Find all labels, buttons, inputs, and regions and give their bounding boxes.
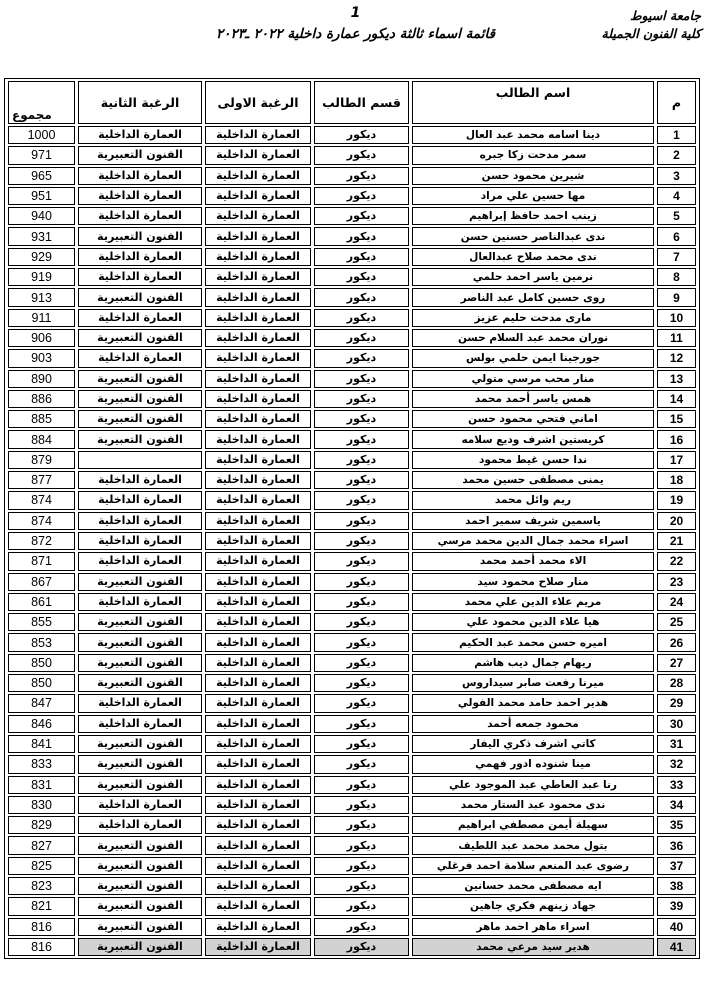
cell-total: 850 xyxy=(8,674,75,692)
cell-first-choice: العمارة الداخلية xyxy=(205,491,311,509)
table-row: 40اسراء ماهر احمد ماهرديكورالعمارة الداخ… xyxy=(8,918,696,936)
cell-first-choice: العمارة الداخلية xyxy=(205,512,311,530)
cell-department: ديكور xyxy=(314,857,409,875)
cell-index: 32 xyxy=(657,755,696,773)
cell-first-choice: العمارة الداخلية xyxy=(205,207,311,225)
cell-department: ديكور xyxy=(314,938,409,956)
cell-department: ديكور xyxy=(314,410,409,428)
cell-name: همس ياسر أحمد محمد xyxy=(412,390,654,408)
cell-second-choice: الفنون التعبيرية xyxy=(78,776,202,794)
cell-index: 26 xyxy=(657,633,696,651)
cell-department: ديكور xyxy=(314,329,409,347)
cell-second-choice: الفنون التعبيرية xyxy=(78,897,202,915)
cell-first-choice: العمارة الداخلية xyxy=(205,126,311,144)
cell-first-choice: العمارة الداخلية xyxy=(205,329,311,347)
cell-first-choice: العمارة الداخلية xyxy=(205,654,311,672)
cell-second-choice: الفنون التعبيرية xyxy=(78,674,202,692)
cell-total: 1000 xyxy=(8,126,75,144)
cell-department: ديكور xyxy=(314,349,409,367)
header-department: قسم الطالب xyxy=(314,81,409,124)
cell-total: 853 xyxy=(8,633,75,651)
cell-total: 884 xyxy=(8,430,75,448)
cell-index: 2 xyxy=(657,146,696,164)
cell-index: 16 xyxy=(657,430,696,448)
cell-first-choice: العمارة الداخلية xyxy=(205,552,311,570)
cell-second-choice: العمارة الداخلية xyxy=(78,268,202,286)
cell-index: 8 xyxy=(657,268,696,286)
cell-second-choice xyxy=(78,451,202,469)
cell-index: 39 xyxy=(657,897,696,915)
table-row: 26اميره حسن محمد عبد الحكيمديكورالعمارة … xyxy=(8,633,696,651)
cell-first-choice: العمارة الداخلية xyxy=(205,248,311,266)
cell-first-choice: العمارة الداخلية xyxy=(205,836,311,854)
cell-index: 12 xyxy=(657,349,696,367)
cell-total: 831 xyxy=(8,776,75,794)
cell-total: 913 xyxy=(8,288,75,306)
cell-total: 890 xyxy=(8,370,75,388)
cell-first-choice: العمارة الداخلية xyxy=(205,451,311,469)
cell-index: 13 xyxy=(657,370,696,388)
table-row: 28ميرنا رفعت صابر سيداروسديكورالعمارة ال… xyxy=(8,674,696,692)
cell-total: 929 xyxy=(8,248,75,266)
cell-name: سمر مدحت زكا جبره xyxy=(412,146,654,164)
cell-name: ريهام جمال ديب هاشم xyxy=(412,654,654,672)
table-row: 32مينا شنوده ادور فهميديكورالعمارة الداخ… xyxy=(8,755,696,773)
cell-second-choice: الفنون التعبيرية xyxy=(78,390,202,408)
cell-name: مها حسين علي مراد xyxy=(412,187,654,205)
cell-index: 29 xyxy=(657,694,696,712)
cell-name: رضوى عبد المنعم سلامة احمد فرغلي xyxy=(412,857,654,875)
cell-second-choice: الفنون التعبيرية xyxy=(78,146,202,164)
table-row: 35سهيلة أيمن مصطفي ابراهيمديكورالعمارة ا… xyxy=(8,816,696,834)
cell-second-choice: الفنون التعبيرية xyxy=(78,877,202,895)
table-body: 1دينا اسامه محمد عبد العالديكورالعمارة ا… xyxy=(8,126,696,956)
cell-total: 830 xyxy=(8,796,75,814)
cell-second-choice: العمارة الداخلية xyxy=(78,309,202,327)
cell-department: ديكور xyxy=(314,390,409,408)
header-total: مجموع xyxy=(8,81,75,124)
cell-name: كريستين اشرف وديع سلامه xyxy=(412,430,654,448)
cell-second-choice: العمارة الداخلية xyxy=(78,796,202,814)
table-row: 11نوران محمد عبد السلام حسنديكورالعمارة … xyxy=(8,329,696,347)
cell-department: ديكور xyxy=(314,126,409,144)
cell-first-choice: العمارة الداخلية xyxy=(205,410,311,428)
cell-name: هيا علاء الدين محمود علي xyxy=(412,613,654,631)
cell-department: ديكور xyxy=(314,897,409,915)
cell-department: ديكور xyxy=(314,776,409,794)
cell-name: رنا عبد العاطي عبد الموجود علي xyxy=(412,776,654,794)
cell-name: شيرين محمود حسن xyxy=(412,167,654,185)
cell-second-choice: العمارة الداخلية xyxy=(78,512,202,530)
table-row: 7ندى محمد صلاح عبدالعالديكورالعمارة الدا… xyxy=(8,248,696,266)
cell-total: 965 xyxy=(8,167,75,185)
table-row: 29هدير احمد حامد محمد الفوليديكورالعمارة… xyxy=(8,694,696,712)
cell-department: ديكور xyxy=(314,633,409,651)
cell-second-choice: الفنون التعبيرية xyxy=(78,288,202,306)
table-row: 13منار محب مرسي متوليديكورالعمارة الداخل… xyxy=(8,370,696,388)
cell-department: ديكور xyxy=(314,512,409,530)
cell-total: 951 xyxy=(8,187,75,205)
table-row: 5زينب احمد حافظ إبراهيمديكورالعمارة الدا… xyxy=(8,207,696,225)
table-row: 4مها حسين علي مرادديكورالعمارة الداخليةا… xyxy=(8,187,696,205)
cell-total: 877 xyxy=(8,471,75,489)
cell-first-choice: العمارة الداخلية xyxy=(205,268,311,286)
cell-index: 41 xyxy=(657,938,696,956)
table-row: 21اسراء محمد جمال الدين محمد مرسيديكورال… xyxy=(8,532,696,550)
cell-second-choice: الفنون التعبيرية xyxy=(78,227,202,245)
cell-first-choice: العمارة الداخلية xyxy=(205,715,311,733)
cell-second-choice: الفنون التعبيرية xyxy=(78,836,202,854)
header-first-choice: الرغبة الاولى xyxy=(205,81,311,124)
cell-second-choice: العمارة الداخلية xyxy=(78,167,202,185)
cell-index: 37 xyxy=(657,857,696,875)
cell-first-choice: العمارة الداخلية xyxy=(205,471,311,489)
cell-index: 23 xyxy=(657,573,696,591)
cell-first-choice: العمارة الداخلية xyxy=(205,390,311,408)
cell-total: 903 xyxy=(8,349,75,367)
cell-second-choice: العمارة الداخلية xyxy=(78,126,202,144)
cell-second-choice: العمارة الداخلية xyxy=(78,471,202,489)
cell-department: ديكور xyxy=(314,735,409,753)
cell-first-choice: العمارة الداخلية xyxy=(205,593,311,611)
cell-name: اسراء محمد جمال الدين محمد مرسي xyxy=(412,532,654,550)
cell-index: 1 xyxy=(657,126,696,144)
cell-department: ديكور xyxy=(314,674,409,692)
cell-name: زينب احمد حافظ إبراهيم xyxy=(412,207,654,225)
cell-total: 821 xyxy=(8,897,75,915)
cell-first-choice: العمارة الداخلية xyxy=(205,288,311,306)
table-row: 16كريستين اشرف وديع سلامهديكورالعمارة ال… xyxy=(8,430,696,448)
table-row: 39جهاد زينهم فكري جاهينديكورالعمارة الدا… xyxy=(8,897,696,915)
document-page: جامعة اسيوط كلية الفنون الجميلة 1 قائمة … xyxy=(0,0,711,1000)
table-row: 6ندى عبدالناصر حسنين حسنديكورالعمارة الد… xyxy=(8,227,696,245)
cell-index: 17 xyxy=(657,451,696,469)
cell-name: ندى محمد صلاح عبدالعال xyxy=(412,248,654,266)
cell-department: ديكور xyxy=(314,430,409,448)
cell-department: ديكور xyxy=(314,491,409,509)
cell-department: ديكور xyxy=(314,694,409,712)
cell-first-choice: العمارة الداخلية xyxy=(205,918,311,936)
cell-index: 28 xyxy=(657,674,696,692)
cell-total: 823 xyxy=(8,877,75,895)
cell-first-choice: العمارة الداخلية xyxy=(205,816,311,834)
cell-first-choice: العمارة الداخلية xyxy=(205,796,311,814)
cell-total: 871 xyxy=(8,552,75,570)
cell-first-choice: العمارة الداخلية xyxy=(205,694,311,712)
cell-second-choice: العمارة الداخلية xyxy=(78,207,202,225)
cell-department: ديكور xyxy=(314,532,409,550)
cell-total: 872 xyxy=(8,532,75,550)
cell-index: 4 xyxy=(657,187,696,205)
cell-index: 7 xyxy=(657,248,696,266)
cell-second-choice: الفنون التعبيرية xyxy=(78,938,202,956)
cell-name: ندا حسن غيط محمود xyxy=(412,451,654,469)
header-index: م xyxy=(657,81,696,124)
cell-index: 34 xyxy=(657,796,696,814)
cell-total: 847 xyxy=(8,694,75,712)
cell-name: دينا اسامه محمد عبد العال xyxy=(412,126,654,144)
cell-second-choice: الفنون التعبيرية xyxy=(78,410,202,428)
cell-department: ديكور xyxy=(314,268,409,286)
cell-name: هدير سيد مرعي محمد xyxy=(412,938,654,956)
cell-first-choice: العمارة الداخلية xyxy=(205,532,311,550)
cell-second-choice: العمارة الداخلية xyxy=(78,816,202,834)
cell-index: 15 xyxy=(657,410,696,428)
cell-index: 24 xyxy=(657,593,696,611)
table-row: 20ياسمين شريف سمير احمدديكورالعمارة الدا… xyxy=(8,512,696,530)
cell-name: منار محب مرسي متولي xyxy=(412,370,654,388)
table-row: 25هيا علاء الدين محمود عليديكورالعمارة ا… xyxy=(8,613,696,631)
cell-name: ميرنا رفعت صابر سيداروس xyxy=(412,674,654,692)
cell-index: 20 xyxy=(657,512,696,530)
cell-first-choice: العمارة الداخلية xyxy=(205,674,311,692)
cell-name: روى حسين كامل عبد الناصر xyxy=(412,288,654,306)
cell-second-choice: الفنون التعبيرية xyxy=(78,918,202,936)
cell-total: 879 xyxy=(8,451,75,469)
cell-second-choice: العمارة الداخلية xyxy=(78,532,202,550)
cell-name: ريم وائل محمد xyxy=(412,491,654,509)
table-row: 22الاء محمد أحمد محمدديكورالعمارة الداخل… xyxy=(8,552,696,570)
cell-second-choice: العمارة الداخلية xyxy=(78,491,202,509)
cell-second-choice: العمارة الداخلية xyxy=(78,694,202,712)
cell-index: 27 xyxy=(657,654,696,672)
cell-department: ديكور xyxy=(314,187,409,205)
cell-first-choice: العمارة الداخلية xyxy=(205,857,311,875)
cell-department: ديكور xyxy=(314,288,409,306)
cell-second-choice: العمارة الداخلية xyxy=(78,248,202,266)
cell-index: 33 xyxy=(657,776,696,794)
table-row: 24مريم علاء الدين علي محمدديكورالعمارة ا… xyxy=(8,593,696,611)
cell-second-choice: العمارة الداخلية xyxy=(78,187,202,205)
cell-name: كاتي اشرف ذكري اليفار xyxy=(412,735,654,753)
cell-index: 5 xyxy=(657,207,696,225)
cell-total: 931 xyxy=(8,227,75,245)
table-header-row: م اسم الطالب قسم الطالب الرغبة الاولى ال… xyxy=(8,81,696,124)
cell-total: 971 xyxy=(8,146,75,164)
table-row: 19ريم وائل محمدديكورالعمارة الداخليةالعم… xyxy=(8,491,696,509)
cell-index: 22 xyxy=(657,552,696,570)
cell-index: 14 xyxy=(657,390,696,408)
cell-name: اماني فتحي محمود حسن xyxy=(412,410,654,428)
cell-name: الاء محمد أحمد محمد xyxy=(412,552,654,570)
cell-total: 906 xyxy=(8,329,75,347)
cell-second-choice: العمارة الداخلية xyxy=(78,593,202,611)
cell-total: 874 xyxy=(8,512,75,530)
table-row: 1دينا اسامه محمد عبد العالديكورالعمارة ا… xyxy=(8,126,696,144)
cell-index: 3 xyxy=(657,167,696,185)
cell-department: ديكور xyxy=(314,654,409,672)
table-row: 14همس ياسر أحمد محمدديكورالعمارة الداخلي… xyxy=(8,390,696,408)
cell-first-choice: العمارة الداخلية xyxy=(205,573,311,591)
table-row: 17ندا حسن غيط محمودديكورالعمارة الداخلية… xyxy=(8,451,696,469)
cell-index: 19 xyxy=(657,491,696,509)
cell-name: ياسمين شريف سمير احمد xyxy=(412,512,654,530)
cell-index: 31 xyxy=(657,735,696,753)
table-row: 36بتول محمد محمد عبد اللطيفديكورالعمارة … xyxy=(8,836,696,854)
cell-second-choice: الفنون التعبيرية xyxy=(78,633,202,651)
cell-total: 885 xyxy=(8,410,75,428)
table-row: 23منار صلاح محمود سيدديكورالعمارة الداخل… xyxy=(8,573,696,591)
cell-first-choice: العمارة الداخلية xyxy=(205,309,311,327)
cell-name: ايه مصطفى محمد حسانين xyxy=(412,877,654,895)
table-row: 12جورجينا ايمن حلمي بولسديكورالعمارة الد… xyxy=(8,349,696,367)
cell-first-choice: العمارة الداخلية xyxy=(205,897,311,915)
table-row: 18يمنى مصطفى حسين محمدديكورالعمارة الداخ… xyxy=(8,471,696,489)
cell-name: ندى محمود عبد الستار محمد xyxy=(412,796,654,814)
cell-total: 850 xyxy=(8,654,75,672)
cell-department: ديكور xyxy=(314,552,409,570)
cell-name: منار صلاح محمود سيد xyxy=(412,573,654,591)
cell-second-choice: الفنون التعبيرية xyxy=(78,857,202,875)
cell-name: مارى مدحت حليم عزيز xyxy=(412,309,654,327)
cell-department: ديكور xyxy=(314,248,409,266)
cell-total: 919 xyxy=(8,268,75,286)
table-row: 3شيرين محمود حسنديكورالعمارة الداخليةالع… xyxy=(8,167,696,185)
cell-department: ديكور xyxy=(314,573,409,591)
cell-name: مريم علاء الدين علي محمد xyxy=(412,593,654,611)
cell-total: 825 xyxy=(8,857,75,875)
cell-second-choice: العمارة الداخلية xyxy=(78,349,202,367)
cell-department: ديكور xyxy=(314,370,409,388)
table-row: 8نرمين ياسر احمد حلميديكورالعمارة الداخل… xyxy=(8,268,696,286)
cell-total: 816 xyxy=(8,918,75,936)
cell-first-choice: العمارة الداخلية xyxy=(205,633,311,651)
cell-name: نوران محمد عبد السلام حسن xyxy=(412,329,654,347)
cell-index: 36 xyxy=(657,836,696,854)
cell-first-choice: العمارة الداخلية xyxy=(205,613,311,631)
cell-department: ديكور xyxy=(314,167,409,185)
cell-name: نرمين ياسر احمد حلمي xyxy=(412,268,654,286)
cell-index: 6 xyxy=(657,227,696,245)
cell-department: ديكور xyxy=(314,816,409,834)
students-table: م اسم الطالب قسم الطالب الرغبة الاولى ال… xyxy=(4,78,700,959)
cell-total: 855 xyxy=(8,613,75,631)
cell-name: اسراء ماهر احمد ماهر xyxy=(412,918,654,936)
cell-index: 30 xyxy=(657,715,696,733)
cell-name: اميره حسن محمد عبد الحكيم xyxy=(412,633,654,651)
table-row: 33رنا عبد العاطي عبد الموجود عليديكورالع… xyxy=(8,776,696,794)
cell-first-choice: العمارة الداخلية xyxy=(205,227,311,245)
cell-department: ديكور xyxy=(314,593,409,611)
cell-second-choice: الفنون التعبيرية xyxy=(78,735,202,753)
table-row: 2سمر مدحت زكا جبرهديكورالعمارة الداخليةا… xyxy=(8,146,696,164)
cell-second-choice: الفنون التعبيرية xyxy=(78,573,202,591)
cell-department: ديكور xyxy=(314,836,409,854)
cell-index: 25 xyxy=(657,613,696,631)
cell-department: ديكور xyxy=(314,227,409,245)
cell-name: محمود جمعه أحمد xyxy=(412,715,654,733)
cell-name: مينا شنوده ادور فهمي xyxy=(412,755,654,773)
cell-name: بتول محمد محمد عبد اللطيف xyxy=(412,836,654,854)
cell-second-choice: العمارة الداخلية xyxy=(78,715,202,733)
cell-total: 940 xyxy=(8,207,75,225)
header-second-choice: الرغبة الثانية xyxy=(78,81,202,124)
cell-index: 9 xyxy=(657,288,696,306)
cell-first-choice: العمارة الداخلية xyxy=(205,877,311,895)
cell-department: ديكور xyxy=(314,877,409,895)
document-title: قائمة اسماء ثالثة ديكور عمارة داخلية ٢٠٢… xyxy=(0,26,711,42)
cell-department: ديكور xyxy=(314,207,409,225)
cell-total: 911 xyxy=(8,309,75,327)
table-row: 37رضوى عبد المنعم سلامة احمد فرغليديكورا… xyxy=(8,857,696,875)
cell-name: جهاد زينهم فكري جاهين xyxy=(412,897,654,915)
cell-index: 40 xyxy=(657,918,696,936)
cell-index: 11 xyxy=(657,329,696,347)
cell-total: 846 xyxy=(8,715,75,733)
cell-total: 829 xyxy=(8,816,75,834)
cell-first-choice: العمارة الداخلية xyxy=(205,146,311,164)
cell-name: يمنى مصطفى حسين محمد xyxy=(412,471,654,489)
cell-total: 816 xyxy=(8,938,75,956)
cell-second-choice: الفنون التعبيرية xyxy=(78,370,202,388)
cell-index: 35 xyxy=(657,816,696,834)
cell-total: 867 xyxy=(8,573,75,591)
cell-first-choice: العمارة الداخلية xyxy=(205,370,311,388)
cell-department: ديكور xyxy=(314,146,409,164)
cell-name: ندى عبدالناصر حسنين حسن xyxy=(412,227,654,245)
cell-second-choice: الفنون التعبيرية xyxy=(78,329,202,347)
cell-index: 38 xyxy=(657,877,696,895)
table-row: 9روى حسين كامل عبد الناصرديكورالعمارة ال… xyxy=(8,288,696,306)
cell-first-choice: العمارة الداخلية xyxy=(205,735,311,753)
table-row: 15اماني فتحي محمود حسنديكورالعمارة الداخ… xyxy=(8,410,696,428)
cell-second-choice: الفنون التعبيرية xyxy=(78,755,202,773)
cell-total: 861 xyxy=(8,593,75,611)
cell-first-choice: العمارة الداخلية xyxy=(205,776,311,794)
cell-index: 18 xyxy=(657,471,696,489)
cell-second-choice: الفنون التعبيرية xyxy=(78,613,202,631)
page-number: 1 xyxy=(0,5,711,21)
cell-first-choice: العمارة الداخلية xyxy=(205,938,311,956)
cell-first-choice: العمارة الداخلية xyxy=(205,349,311,367)
cell-name: هدير احمد حامد محمد الفولي xyxy=(412,694,654,712)
cell-name: سهيلة أيمن مصطفي ابراهيم xyxy=(412,816,654,834)
header-student-name: اسم الطالب xyxy=(412,81,654,124)
cell-department: ديكور xyxy=(314,715,409,733)
cell-index: 10 xyxy=(657,309,696,327)
table-row: 30محمود جمعه أحمدديكورالعمارة الداخليةال… xyxy=(8,715,696,733)
table-row: 10مارى مدحت حليم عزيزديكورالعمارة الداخل… xyxy=(8,309,696,327)
cell-first-choice: العمارة الداخلية xyxy=(205,755,311,773)
cell-department: ديكور xyxy=(314,451,409,469)
cell-index: 21 xyxy=(657,532,696,550)
cell-department: ديكور xyxy=(314,309,409,327)
table-row: 38ايه مصطفى محمد حسانينديكورالعمارة الدا… xyxy=(8,877,696,895)
cell-second-choice: العمارة الداخلية xyxy=(78,552,202,570)
table-row: 27ريهام جمال ديب هاشمديكورالعمارة الداخل… xyxy=(8,654,696,672)
cell-total: 833 xyxy=(8,755,75,773)
table-row: 41هدير سيد مرعي محمدديكورالعمارة الداخلي… xyxy=(8,938,696,956)
cell-first-choice: العمارة الداخلية xyxy=(205,187,311,205)
cell-total: 827 xyxy=(8,836,75,854)
table-row: 31كاتي اشرف ذكري اليفارديكورالعمارة الدا… xyxy=(8,735,696,753)
cell-second-choice: الفنون التعبيرية xyxy=(78,654,202,672)
cell-first-choice: العمارة الداخلية xyxy=(205,430,311,448)
cell-second-choice: الفنون التعبيرية xyxy=(78,430,202,448)
cell-department: ديكور xyxy=(314,796,409,814)
cell-total: 886 xyxy=(8,390,75,408)
table-row: 34ندى محمود عبد الستار محمدديكورالعمارة … xyxy=(8,796,696,814)
cell-first-choice: العمارة الداخلية xyxy=(205,167,311,185)
cell-department: ديكور xyxy=(314,755,409,773)
cell-total: 874 xyxy=(8,491,75,509)
cell-department: ديكور xyxy=(314,918,409,936)
cell-department: ديكور xyxy=(314,613,409,631)
cell-total: 841 xyxy=(8,735,75,753)
cell-department: ديكور xyxy=(314,471,409,489)
cell-name: جورجينا ايمن حلمي بولس xyxy=(412,349,654,367)
